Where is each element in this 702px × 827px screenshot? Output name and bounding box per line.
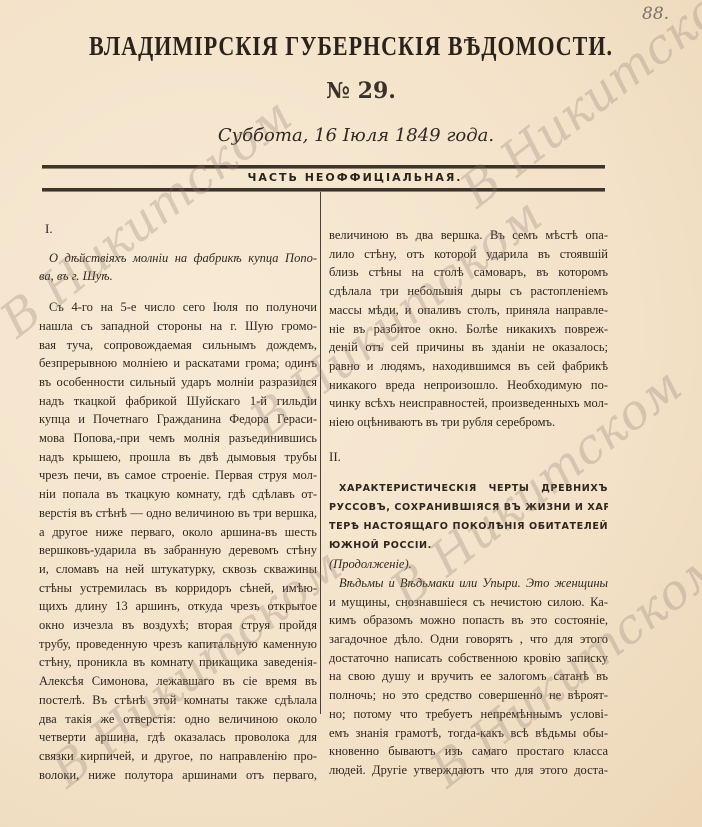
text-line: величиною въ два вершка. Въ семъ мѣстѣ о… (329, 226, 608, 245)
subtitle-line: ва, въ г. Шуѣ. (39, 267, 317, 286)
text-line: равно и людямъ, находившимся въ сей фабр… (329, 357, 608, 376)
text-line: верстія въ стѣнѣ — одно величиною въ три… (39, 504, 317, 523)
text-line: никакого вреда непроизошло. Необходимую … (329, 376, 608, 395)
article-body: Съ 4-го на 5-е число сего Іюля по полуно… (39, 298, 317, 784)
issue-number: № 29. (0, 78, 702, 104)
text-line: связки кирпичей, и другое, по направлені… (39, 747, 317, 766)
text-line: деній отъ сей причины въ зданіи не оказа… (329, 338, 608, 357)
text-line: кимъ образомъ можно попасть въ это состо… (329, 611, 608, 630)
text-line: стѣну, проникла въ комнату прикащика зав… (39, 653, 317, 672)
text-line: ніе въ разбитое окно. Болѣе никакихъ пов… (329, 320, 608, 339)
text-line: и, сломавъ на ней штукатурку, сквозь скв… (39, 560, 317, 579)
newspaper-title: ВЛАДИМІРСКІЯ ГУБЕРНСКІЯ ВѢДОМОСТИ. (0, 30, 702, 63)
text-line: четверти аршина, гдѣ оказалась проволока… (39, 728, 317, 747)
text-line: надъ ткацкой фабрикой Шуйскаго 1-й гильд… (39, 392, 317, 411)
section-title: ЧАСТЬ НЕОФФИЦІАЛЬНАЯ. (0, 171, 702, 184)
top-rule (42, 165, 605, 169)
text-line: купца и Почетнаго Гражданина Федора Гера… (39, 410, 317, 429)
heading-line: ХАРАКТЕРИСТИЧЕСКІЯ ЧЕРТЫ ДРЕВНИХЪ (329, 480, 608, 499)
text-line: вая туча, сопровождаемая сильнымъ дождем… (39, 336, 317, 355)
issue-date: Суббота, 16 Іюля 1849 года. (0, 125, 702, 146)
article-heading: ХАРАКТЕРИСТИЧЕСКІЯ ЧЕРТЫ ДРЕВНИХЪ РУССОВ… (329, 480, 608, 555)
article-number-i: I. (39, 220, 317, 239)
text-line: Алексѣя Симонова, лежавшаго въ сіе время… (39, 672, 317, 691)
bottom-rule (42, 188, 605, 192)
text-line: стѣны устремилась въ корридоръ сѣней, им… (39, 579, 317, 598)
text-line: безпрерывною молніею и раскатами грома; … (39, 354, 317, 373)
text-line: достаточно написать собственною кровію з… (329, 649, 608, 668)
text-line: ніею оцѣниваютъ въ три рубля серебромъ. (329, 413, 608, 432)
handwritten-page-number: 88. (642, 4, 669, 24)
text-line: чинку всѣхъ неисправностей, произведенны… (329, 394, 608, 413)
text-line: а другое ниже перваго, около аршина-въ ш… (39, 523, 317, 542)
heading-line: ТЕРѢ НАСТОЯЩАГО ПОКОЛѢНІЯ ОБИТАТЕЛЕЙ (329, 518, 608, 537)
text-line: и мущины, снознавшіеся съ нечистою силою… (329, 593, 608, 612)
heading-line: РУССОВЪ, СОХРАНИВШІЯСЯ ВЪ ЖИЗНИ И ХАРАК- (329, 499, 608, 518)
heading-line: ЮЖНОЙ РОССІИ. (329, 537, 608, 556)
article-number-ii: II. (329, 448, 608, 467)
text-line: Съ 4-го на 5-е число сего Іюля по полуно… (39, 298, 317, 317)
text-line: кновенно бываютъ изъ самаго простаго кла… (329, 742, 608, 761)
text-line: нашла съ западной стороны на г. Шую гром… (39, 317, 317, 336)
subtitle-line: О дѣйствіяхъ молніи на фабрикѣ купца Поп… (39, 249, 317, 268)
text-line: чрезъ печи, въ самое строеніе. Первая ст… (39, 466, 317, 485)
text-line: въ особенности сильный ударъ молніи разр… (39, 373, 317, 392)
text-line: емъ знанія грамотѣ, тогда-какъ всѣ вѣдьм… (329, 724, 608, 743)
text-line: ніи попала въ ткацкую комнату, гдѣ сдѣла… (39, 485, 317, 504)
text-line: полночь; но это средство совершенно не в… (329, 686, 608, 705)
text-line: два такія же отверстія: одно величиною о… (39, 710, 317, 729)
left-column: I. О дѣйствіяхъ молніи на фабрикѣ купца … (39, 220, 317, 784)
text-line: лило стѣну, отъ которой ударила въ стояв… (329, 245, 608, 264)
text-line: постелѣ. Въ стѣнѣ этой комнаты также сдѣ… (39, 691, 317, 710)
text-line: окно изчезла въ воздухѣ; вторая струя пр… (39, 616, 317, 635)
text-line: вершковъ-ударила въ забранную деревомъ с… (39, 541, 317, 560)
text-line: загадочное дѣло. Одни говорятъ , что для… (329, 630, 608, 649)
article-body-continued: величиною въ два вершка. Въ семъ мѣстѣ о… (329, 226, 608, 432)
text-line: Вѣдьмы и Вѣдьмаки или Упыри. Это женщины (329, 574, 608, 593)
continuation-note: (Продолженіе). (329, 555, 608, 574)
text-line: волоки, ниже полутора аршинами отъ перва… (39, 766, 317, 785)
text-line: но; потому что требуетъ непремѣннымъ усл… (329, 705, 608, 724)
article-body-ii: Вѣдьмы и Вѣдьмаки или Упыри. Это женщины… (329, 574, 608, 780)
text-line: мова Попова,-при чемъ молнія разъединивш… (39, 429, 317, 448)
right-column: величиною въ два вершка. Въ семъ мѣстѣ о… (329, 226, 608, 780)
text-line: сдѣлала три небольшія дыры съ растоплені… (329, 282, 608, 301)
text-line: людей. Другіе утверждаютъ что для этого … (329, 761, 608, 780)
article-subtitle: О дѣйствіяхъ молніи на фабрикѣ купца Поп… (39, 249, 317, 286)
text-line: надъ крышею, прошла въ двѣ дымовыя трубы (39, 448, 317, 467)
text-line: массы мѣди, и опаливъ столъ, приняла нап… (329, 301, 608, 320)
text-line: трубу, проведенную чрезъ капитальную кам… (39, 635, 317, 654)
text-line: щихъ длину 13 аршинъ, откуда чрезъ откры… (39, 597, 317, 616)
column-divider (320, 192, 321, 714)
text-line: близь стѣны на столѣ самоваръ, въ которо… (329, 263, 608, 282)
text-line: на свою душу и вручить ее залогомъ сатан… (329, 667, 608, 686)
